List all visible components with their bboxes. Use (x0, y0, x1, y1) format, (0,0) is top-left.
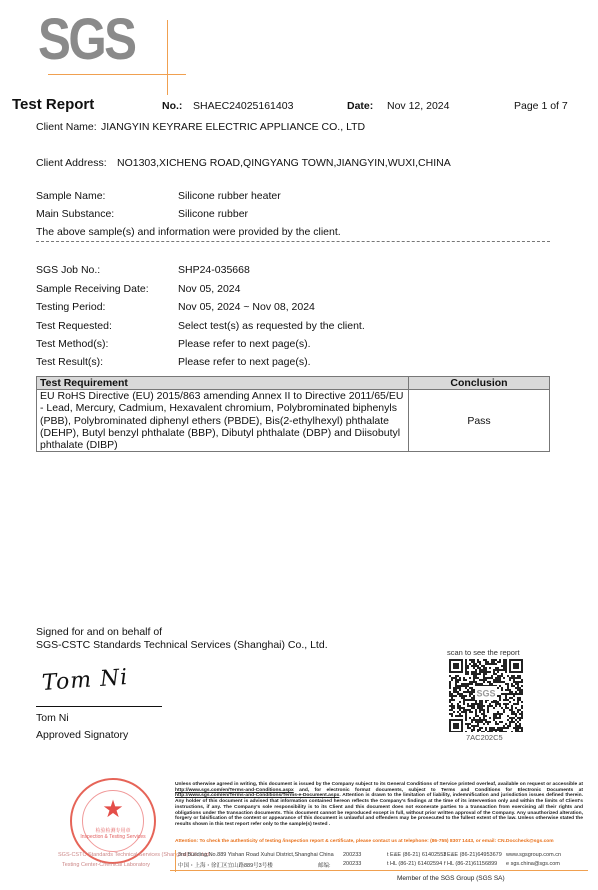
test-result-label: Test Result(s): (36, 356, 103, 368)
authenticity-notice: Attention: To check the authenticity of … (175, 839, 583, 845)
qr-caption: scan to see the report (447, 648, 520, 657)
report-title: Test Report (12, 96, 94, 113)
email[interactable]: e sgs.china@sgs.com (506, 861, 560, 867)
test-method-value: Please refer to next page(s). (178, 338, 311, 350)
stamp-english-text: Inspection & Testing Services (72, 834, 154, 840)
sample-name-label: Sample Name: (36, 190, 105, 202)
header-test-requirement: Test Requirement (37, 377, 409, 390)
report-number: SHAEC24025161403 (193, 100, 293, 112)
sample-note: The above sample(s) and information were… (36, 226, 341, 238)
table-row: EU RoHS Directive (EU) 2015/863 amending… (37, 390, 550, 452)
test-requested-label: Test Requested: (36, 320, 112, 332)
footer-accent-vertical (175, 850, 176, 872)
report-date-label: Date: (347, 100, 373, 112)
member-statement: Member of the SGS Group (SGS SA) (397, 875, 505, 882)
receiving-date-value: Nov 05, 2024 (178, 283, 240, 295)
legal-disclaimer: Unless otherwise agreed in writing, this… (175, 782, 583, 828)
job-value: SHP24-035668 (178, 264, 250, 276)
conclusion-cell: Pass (409, 390, 550, 452)
client-address-label: Client Address: (36, 157, 107, 169)
page-number: Page 1 of 7 (514, 100, 568, 112)
terms-link[interactable]: http://www.sgs.com/en/Terms-and-Conditio… (175, 788, 294, 793)
postcode-chinese-label: 邮编: (318, 861, 331, 869)
disclaimer-text-a: Unless otherwise agreed in writing, this… (175, 782, 583, 787)
signature-line (36, 706, 162, 707)
test-requirement-table: Test Requirement Conclusion EU RoHS Dire… (36, 376, 550, 452)
postcode-chinese: 200233 (343, 861, 361, 867)
client-name-label: Client Name: (36, 121, 97, 133)
testing-period-label: Testing Period: (36, 301, 105, 313)
stamp-chinese-text: 检验检测专用章 (72, 827, 154, 834)
client-name: JIANGYIN KEYRARE ELECTRIC APPLIANCE CO.,… (101, 121, 365, 133)
dashed-divider (36, 241, 550, 242)
main-substance-label: Main Substance: (36, 208, 114, 220)
main-substance: Silicone rubber (178, 208, 248, 220)
table-header-row: Test Requirement Conclusion (37, 377, 550, 390)
stamp-department: Testing Center-Chemical Laboratory (62, 862, 150, 868)
receiving-date-label: Sample Receiving Date: (36, 283, 149, 295)
qr-verification-code: 7AC202C5 (466, 733, 503, 742)
footer-accent-line (170, 870, 588, 871)
signoff-line1: Signed for and on behalf of (36, 626, 162, 638)
sgs-logo: SGS (38, 12, 148, 72)
e-document-terms-link[interactable]: http://www.sgs.com/en/Terms-and-Conditio… (175, 793, 339, 798)
requirement-cell: EU RoHS Directive (EU) 2015/863 amending… (37, 390, 409, 452)
fax-ee: f E&E (86-21)64953679 (444, 852, 502, 858)
signatory-title: Approved Signatory (36, 729, 128, 741)
test-requested-value: Select test(s) as requested by the clien… (178, 320, 365, 332)
star-icon: ★ (72, 798, 154, 822)
test-result-value: Please refer to next page(s). (178, 356, 311, 368)
signatory-name: Tom Ni (36, 712, 69, 724)
signature: Tom Ni (41, 665, 129, 696)
address-english: 3rd Building,No.889 Yishan Road Xuhui Di… (178, 852, 334, 858)
postcode-english: 200233 (343, 852, 361, 858)
stamp-center-text: 检验检测专用章 Inspection & Testing Services (72, 827, 154, 840)
testing-period-value: Nov 05, 2024 ~ Nov 08, 2024 (178, 301, 315, 313)
disclaimer-text-b: and, for electronic format documents, su… (294, 788, 583, 793)
client-address: NO1303,XICHENG ROAD,QINGYANG TOWN,JIANGY… (117, 157, 451, 169)
logo-horizontal-line (48, 74, 186, 75)
disclaimer-text-c: . Attention is drawn to the limitation o… (175, 793, 583, 827)
test-method-label: Test Method(s): (36, 338, 108, 350)
report-date: Nov 12, 2024 (387, 100, 449, 112)
telephone-ee: t E&E (86-21) 61402553 (387, 852, 446, 858)
fax-hl: f HL (86-21)61156899 (444, 861, 497, 867)
logo-vertical-line (167, 20, 168, 95)
signoff-company: SGS-CSTC Standards Technical Services (S… (36, 639, 328, 651)
report-number-label: No.: (162, 100, 182, 112)
telephone-hl: t HL (86-21) 61402594 (387, 861, 442, 867)
logo-text: SGS (38, 6, 134, 73)
svg-text:SGS: SGS (476, 689, 495, 699)
website[interactable]: www.sgsgroup.com.cn (506, 852, 561, 858)
job-label: SGS Job No.: (36, 264, 100, 276)
sample-name: Silicone rubber heater (178, 190, 281, 202)
header-conclusion: Conclusion (409, 377, 550, 390)
qr-code-icon[interactable]: SGS (448, 658, 524, 732)
address-chinese: 中国・上海・徐汇区宜山路889号3号楼 (178, 861, 273, 869)
